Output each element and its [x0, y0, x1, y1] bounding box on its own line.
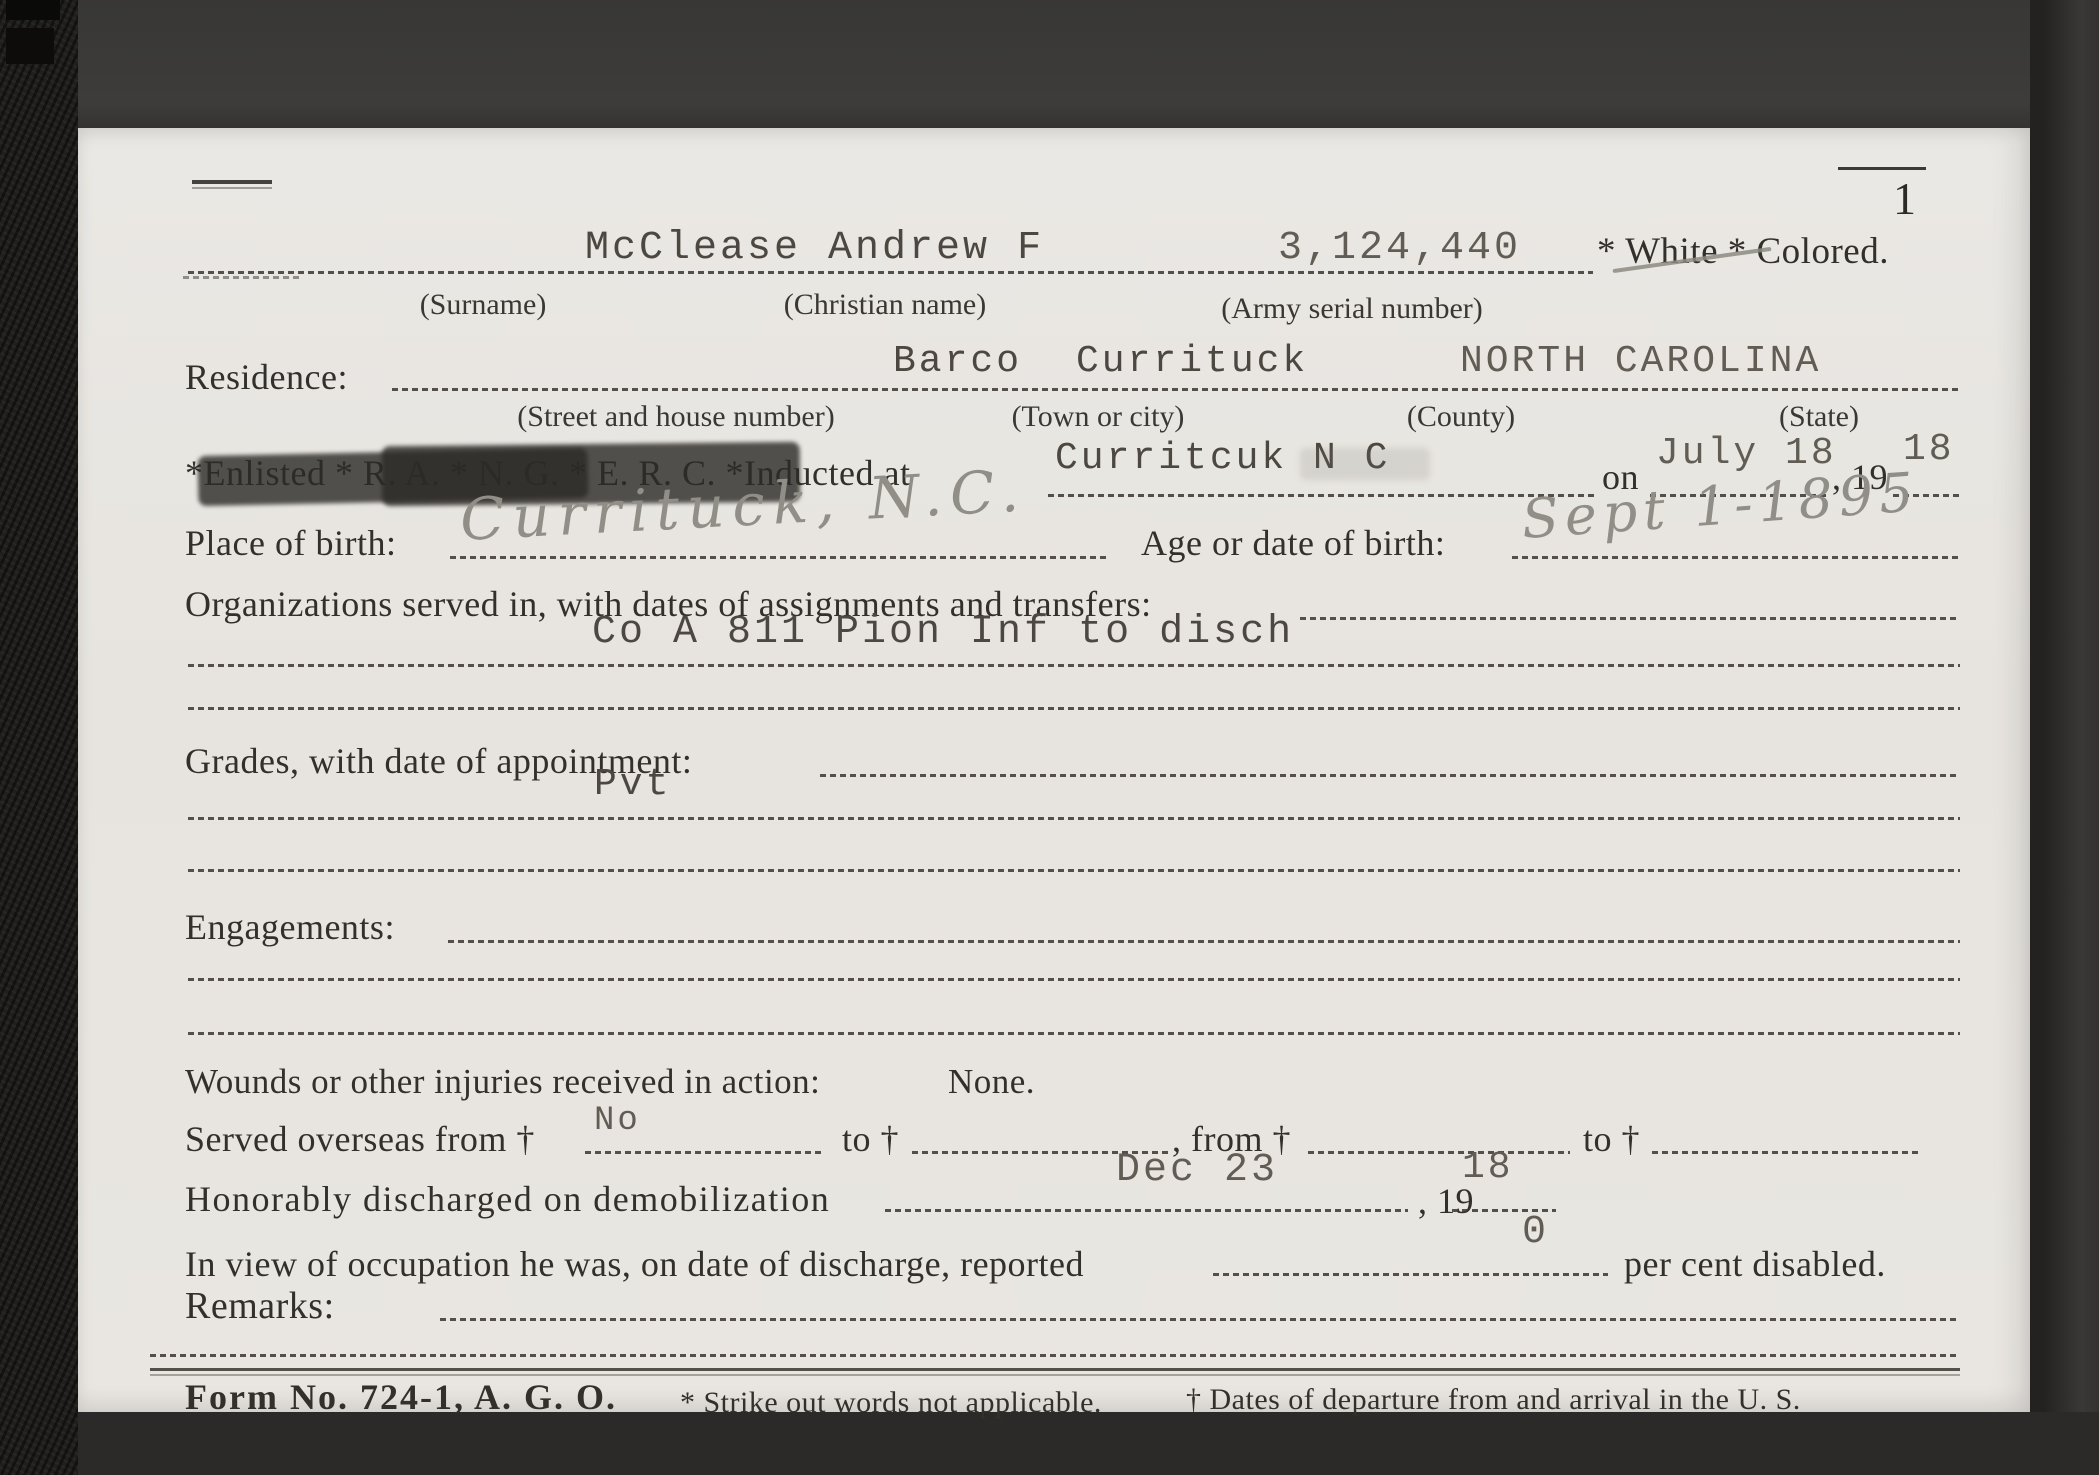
inducted-at-rule: [1048, 494, 1595, 497]
grades-value: Pvt: [594, 763, 671, 806]
residence-state-value: NORTH CAROLINA: [1460, 340, 1821, 383]
overseas-to1-label: to †: [842, 1118, 899, 1160]
footnote-dates: † Dates of departure from and arrival in…: [1186, 1383, 1801, 1417]
town-caption: (Town or city): [990, 400, 1206, 434]
scan-artifact: [6, 28, 54, 64]
discharged-date-value: Dec 23: [1116, 1148, 1278, 1193]
disability-value: 0: [1522, 1210, 1549, 1255]
disability-suffix: per cent disabled.: [1624, 1243, 1886, 1285]
form-number: Form No. 724-1, A. G. O.: [185, 1376, 617, 1418]
scanned-service-card: 1 McClease Andrew F 3,124,440 * White * …: [0, 0, 2099, 1475]
scan-background-top: [60, 0, 2099, 130]
engagements-label: Engagements:: [185, 906, 395, 948]
page-number-rule: [1838, 167, 1926, 170]
served-overseas-value: No: [594, 1102, 641, 1140]
county-caption: (County): [1380, 400, 1542, 434]
discharged-year-value: 18: [1462, 1146, 1514, 1189]
disability-label: In view of occupation he was, on date of…: [185, 1243, 1084, 1285]
name-line-rule: [188, 271, 1593, 274]
surname-caption: (Surname): [380, 288, 586, 322]
faded-type-ghost: [1300, 448, 1430, 480]
place-of-birth-rule: [450, 556, 1108, 559]
registration-mark: [192, 187, 272, 189]
scan-background-right: [2030, 0, 2099, 1475]
date-of-birth-rule: [1512, 556, 1958, 559]
remarks-label: Remarks:: [185, 1284, 335, 1328]
wounds-label: Wounds or other injuries received in act…: [185, 1062, 820, 1102]
overseas-from2-rule: [1308, 1151, 1570, 1154]
scan-artifact: [6, 0, 60, 20]
christian-name-caption: (Christian name): [760, 288, 1010, 322]
served-overseas-label: Served overseas from †: [185, 1118, 535, 1160]
state-caption: (State): [1745, 400, 1893, 434]
army-serial-value: 3,124,440: [1278, 226, 1521, 271]
date-of-birth-label: Age or date of birth:: [1141, 522, 1445, 564]
discharged-label: Honorably discharged on demobilization: [185, 1178, 830, 1220]
discharged-date-rule: [885, 1209, 1408, 1212]
disability-rule: [1213, 1273, 1608, 1276]
overseas-to2-label: to †: [1583, 1118, 1640, 1160]
scan-background-bottom: [60, 1412, 2099, 1475]
overseas-to2-rule: [1652, 1151, 1920, 1154]
footnote-strike-out: * Strike out words not applicable.: [680, 1386, 1102, 1420]
place-of-birth-label: Place of birth:: [185, 522, 396, 564]
residence-label: Residence:: [185, 356, 348, 398]
blank-rule: [188, 869, 1960, 872]
footer-divider-rule: [150, 1368, 1960, 1371]
registration-mark: [183, 276, 303, 279]
residence-town-value: Barco: [893, 340, 1022, 383]
grades-rule: [820, 774, 1960, 777]
wounds-value: None.: [948, 1062, 1035, 1102]
blank-rule: [188, 1032, 1960, 1035]
page-number: 1: [1893, 172, 1917, 225]
residence-county-value: Currituck: [1076, 340, 1308, 383]
blank-rule: [188, 817, 1960, 820]
remarks-rule: [440, 1318, 1960, 1321]
residence-line-rule: [392, 388, 1960, 391]
overseas-from1-rule: [585, 1151, 823, 1154]
blank-rule: [188, 978, 1960, 981]
registration-mark: [192, 180, 272, 184]
blank-rule: [188, 664, 1960, 667]
blank-rule: [150, 1354, 1960, 1357]
soldier-name-value: McClease Andrew F: [585, 226, 1044, 271]
army-serial-caption: (Army serial number): [1190, 292, 1514, 326]
organizations-value: Co A 811 Pion Inf to disch: [592, 610, 1294, 655]
scan-binding-edge: [0, 0, 78, 1475]
engagements-rule: [448, 940, 1960, 943]
street-caption: (Street and house number): [480, 400, 872, 434]
blank-rule: [188, 707, 1960, 710]
organizations-rule: [1300, 617, 1960, 620]
